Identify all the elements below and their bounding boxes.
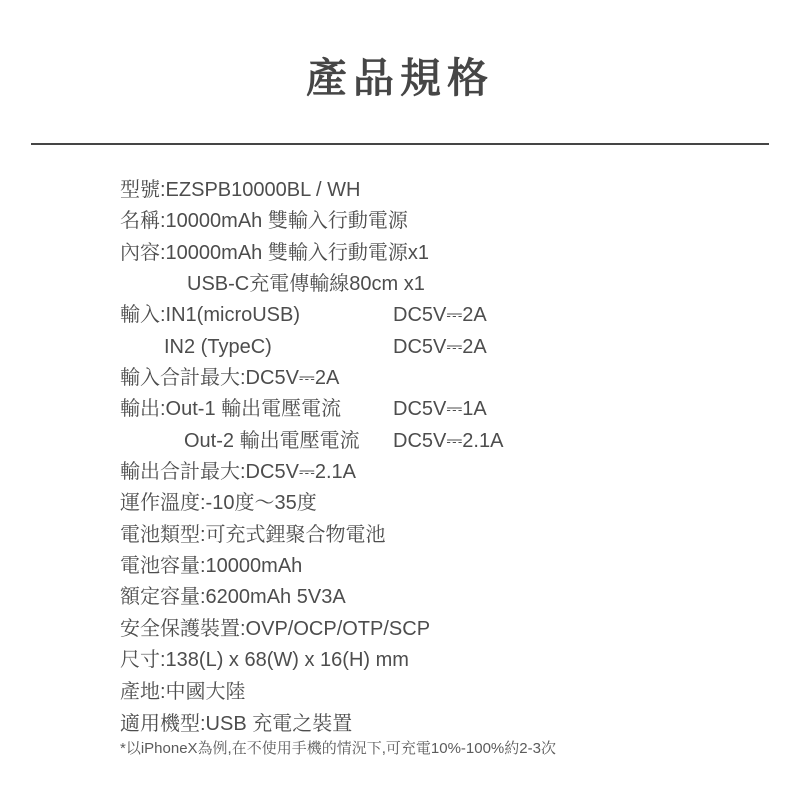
spec-row-input-2: IN2 (TypeC) DC5V⎓2A (120, 332, 760, 363)
spec-row-output-1: 輸出:Out-1 輸出電壓電流 DC5V⎓1A (120, 394, 760, 425)
spec-row-input-1-value: DC5V⎓2A (393, 300, 487, 331)
spec-row-content-cable: USB-C充電傳輸線80cm x1 (120, 269, 760, 300)
spec-row-operating-temp: 運作溫度:-10度〜35度 (120, 488, 760, 519)
spec-row-output-1-value: DC5V⎓1A (393, 394, 487, 425)
spec-row-output-2: Out-2 輸出電壓電流 DC5V⎓2.1A (120, 426, 760, 457)
spec-row-output-2-label: Out-2 輸出電壓電流 (120, 426, 393, 457)
spec-row-output-2-value: DC5V⎓2.1A (393, 426, 503, 457)
spec-row-battery-capacity: 電池容量:10000mAh (120, 551, 760, 582)
spec-row-output-max: 輸出合計最大:DC5V⎓2.1A (120, 457, 760, 488)
footer: 適用機型:USB 充電之裝置 *以iPhoneX為例,在不使用手機的情況下,可充… (120, 708, 760, 759)
spec-row-input-max: 輸入合計最大:DC5V⎓2A (120, 363, 760, 394)
spec-row-rated-capacity: 額定容量:6200mAh 5V3A (120, 582, 760, 613)
product-spec-page: 產品規格 型號:EZSPB10000BL / WH 名稱:10000mAh 雙輸… (0, 0, 800, 800)
page-title: 產品規格 (0, 0, 800, 99)
spec-row-input-2-value: DC5V⎓2A (393, 332, 487, 363)
spec-row-input-1: 輸入:IN1(microUSB) DC5V⎓2A (120, 300, 760, 331)
spec-row-input-2-label: IN2 (TypeC) (120, 332, 393, 363)
divider (31, 143, 769, 145)
spec-row-model: 型號:EZSPB10000BL / WH (120, 175, 760, 206)
footnote: *以iPhoneX為例,在不使用手機的情況下,可充電10%-100%約2-3次 (120, 738, 760, 759)
spec-row-origin: 產地:中國大陸 (120, 677, 760, 708)
spec-row-content: 內容:10000mAh 雙輸入行動電源x1 (120, 238, 760, 269)
spec-row-name: 名稱:10000mAh 雙輸入行動電源 (120, 206, 760, 237)
spec-row-battery-type: 電池類型:可充式鋰聚合物電池 (120, 520, 760, 551)
compatible-devices-line: 適用機型:USB 充電之裝置 (120, 708, 760, 738)
spec-list: 型號:EZSPB10000BL / WH 名稱:10000mAh 雙輸入行動電源… (120, 175, 760, 708)
spec-row-output-1-label: 輸出:Out-1 輸出電壓電流 (120, 394, 393, 425)
spec-row-protection: 安全保護裝置:OVP/OCP/OTP/SCP (120, 614, 760, 645)
spec-row-dimensions: 尺寸:138(L) x 68(W) x 16(H) mm (120, 645, 760, 676)
spec-row-input-1-label: 輸入:IN1(microUSB) (120, 300, 393, 331)
